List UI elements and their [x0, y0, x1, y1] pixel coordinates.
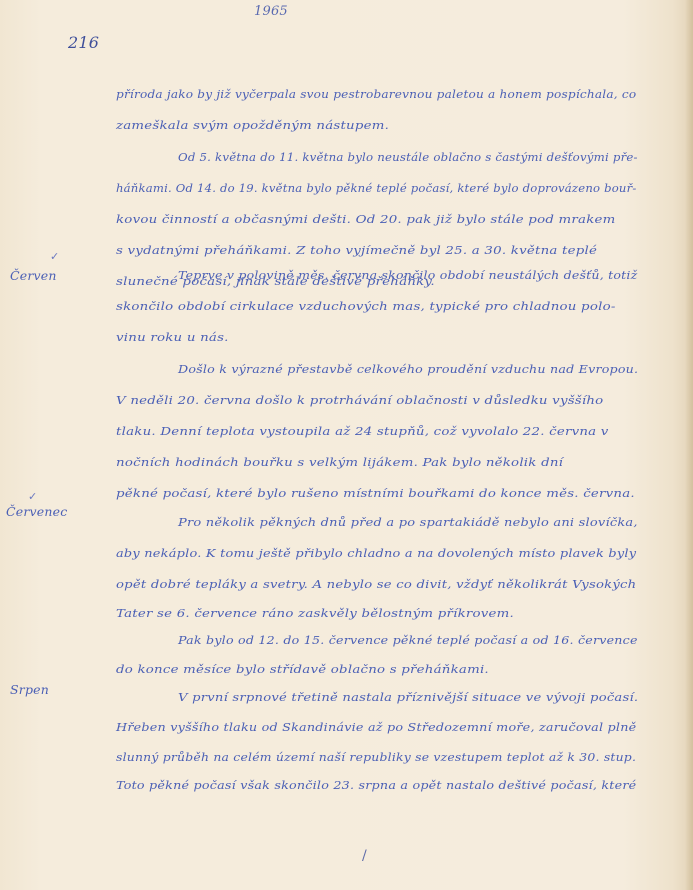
text-line: aby nekáplo. K tomu ještě přibylo chladn… — [116, 546, 636, 560]
text-line: Toto pěkné počasí však skončilo 23. srpn… — [116, 778, 636, 792]
text-line: zameškala svým opožděným nástupem. — [116, 118, 389, 132]
text-line: příroda jako by již vyčerpala svou pestr… — [116, 87, 636, 101]
text-line: pěkné počasí, které bylo rušeno místními… — [116, 486, 635, 500]
text-line: tlaku. Denní teplota vystoupila až 24 st… — [116, 424, 609, 438]
text-line: slunný průběh na celém území naší republ… — [116, 750, 636, 764]
text-line: Došlo k výrazné přestavbě celkového prou… — [178, 362, 638, 376]
text-line: s vydatnými přeháňkami. Z toho vyjímečně… — [116, 243, 597, 257]
check-mark-icon: ✓ — [50, 250, 59, 263]
text-line: skončilo období cirkulace vzduchových ma… — [116, 299, 616, 313]
text-line: do konce měsíce bylo střídavě oblačno s … — [116, 662, 489, 676]
text-line: opět dobré tepláky a svetry. A nebylo se… — [116, 577, 636, 591]
text-line: háňkami. Od 14. do 19. května bylo pěkné… — [116, 181, 636, 195]
text-line: Od 5. května do 11. května bylo neustále… — [178, 150, 638, 164]
margin-label-srpen: Srpen — [10, 682, 49, 697]
margin-label-cerven: Červen — [10, 268, 57, 283]
text-line: vinu roku u nás. — [116, 330, 229, 344]
text-line: Tater se 6. července ráno zaskvěly bělos… — [116, 606, 514, 620]
pen-mark: / — [362, 848, 367, 864]
text-line: nočních hodinách bouřku s velkým lijákem… — [116, 455, 563, 469]
text-line: Teprve v polovině měs. června skončilo o… — [178, 268, 637, 282]
text-line: Pak bylo od 12. do 15. července pěkné te… — [178, 633, 638, 647]
text-line: V neděli 20. června došlo k protrhávání … — [116, 393, 603, 407]
check-mark-icon: ✓ — [28, 490, 37, 503]
notebook-page: 1965 216 ✓ Červen ✓ Červenec Srpen příro… — [0, 0, 693, 890]
page-edge-shadow — [685, 0, 693, 890]
text-line: V první srpnové třetině nastala příznivě… — [178, 690, 638, 704]
text-line: kovou činností a občasnými dešti. Od 20.… — [116, 212, 616, 226]
text-line: Pro několik pěkných dnů před a po sparta… — [178, 515, 638, 529]
year-heading: 1965 — [254, 4, 288, 19]
text-line: Hřeben vyššího tlaku od Skandinávie až p… — [116, 720, 636, 734]
page-number: 216 — [68, 33, 99, 52]
margin-label-cervenec: Červenec — [6, 504, 67, 519]
